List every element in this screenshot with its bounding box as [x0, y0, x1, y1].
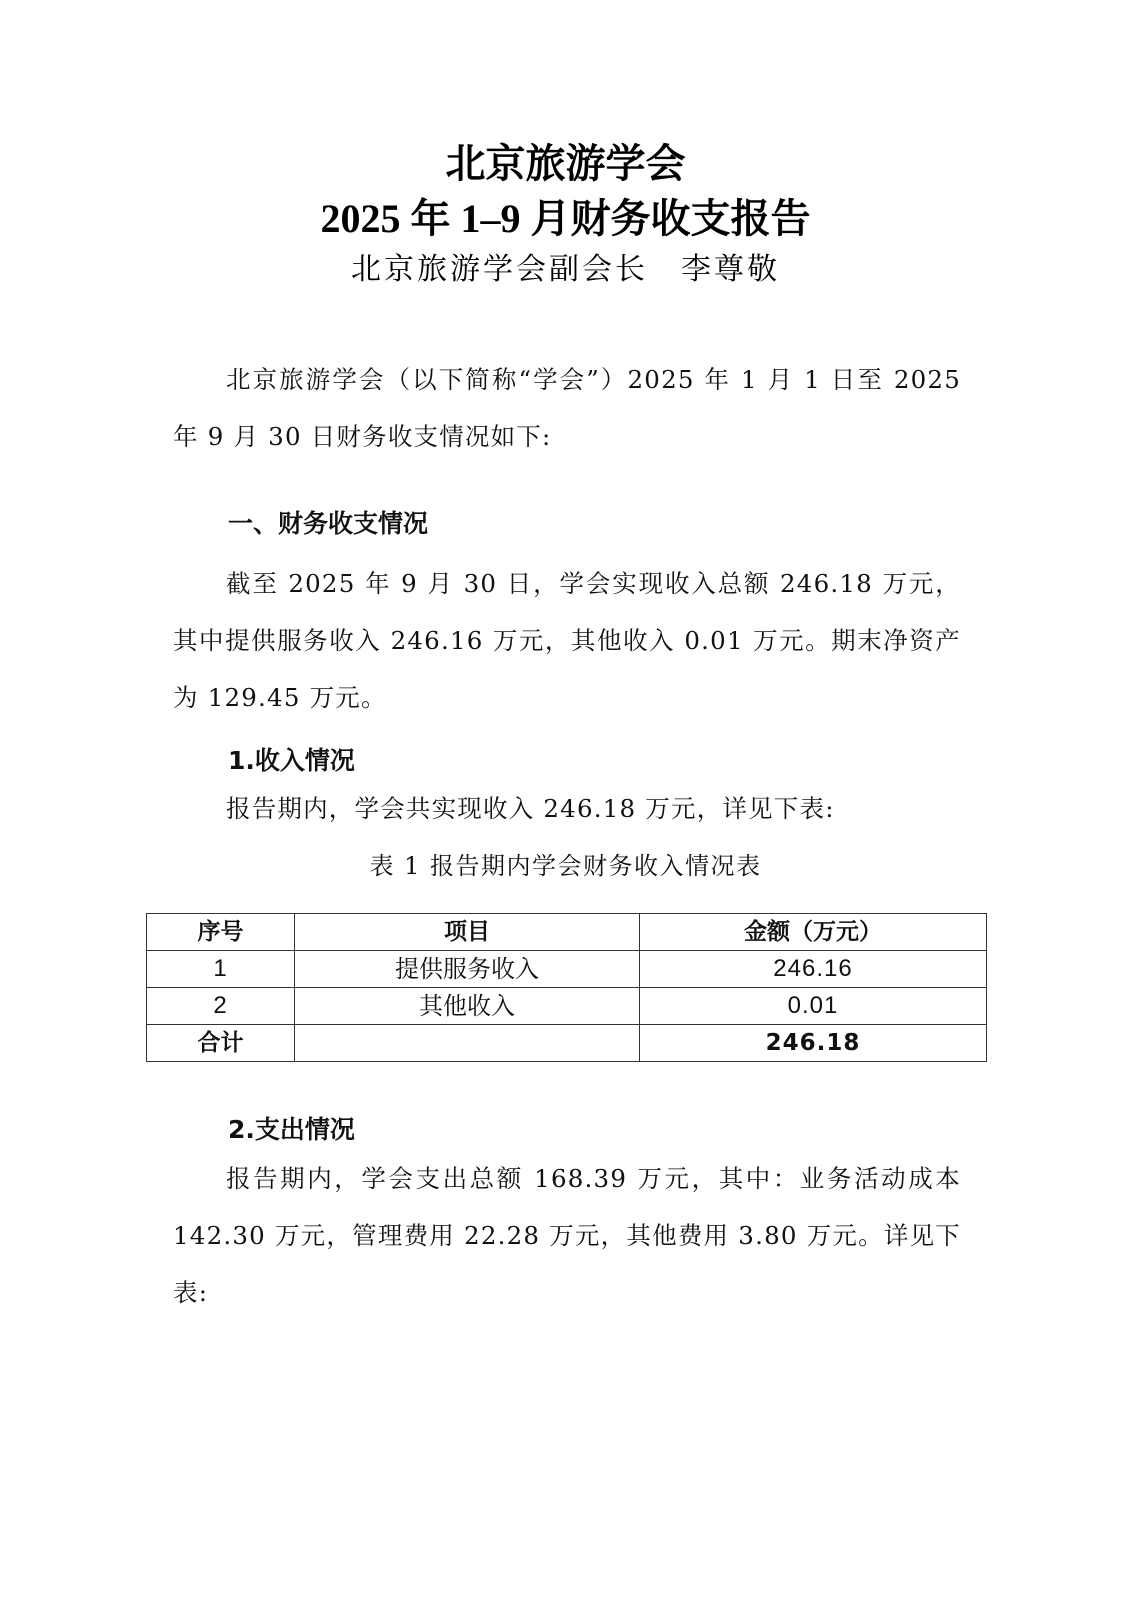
- row-item: 提供服务收入: [295, 951, 640, 988]
- table-total-row: 合计 246.18: [147, 1025, 987, 1062]
- row-index: 2: [147, 988, 295, 1025]
- row-amount: 246.16: [640, 951, 987, 988]
- column-header-item: 项目: [295, 914, 640, 951]
- author-line: 北京旅游学会副会长 李尊敬: [0, 248, 1131, 292]
- intro-paragraph: 北京旅游学会（以下简称“学会”）2025 年 1 月 1 日至 2025 年 9…: [173, 351, 961, 465]
- document-subtitle: 2025 年 1–9 月财务收支报告: [0, 193, 1131, 245]
- table-caption: 表 1 报告期内学会财务收入情况表: [0, 848, 1131, 884]
- total-item: [295, 1025, 640, 1062]
- column-header-amount: 金额（万元）: [640, 914, 987, 951]
- income-paragraph: 报告期内，学会共实现收入 246.18 万元，详见下表:: [173, 780, 961, 837]
- total-amount: 246.18: [640, 1025, 987, 1062]
- row-index: 1: [147, 951, 295, 988]
- section-heading-finance: 一、财务收支情况: [228, 504, 428, 544]
- total-label: 合计: [147, 1025, 295, 1062]
- income-table: 序号 项目 金额（万元） 1 提供服务收入 246.16 2 其他收入 0.01…: [146, 913, 987, 1062]
- table-header-row: 序号 项目 金额（万元）: [147, 914, 987, 951]
- finance-summary-paragraph: 截至 2025 年 9 月 30 日，学会实现收入总额 246.18 万元，其中…: [173, 555, 961, 726]
- document-title: 北京旅游学会: [0, 138, 1131, 190]
- document-page: 北京旅游学会 2025 年 1–9 月财务收支报告 北京旅游学会副会长 李尊敬 …: [0, 0, 1131, 1600]
- table-row: 1 提供服务收入 246.16: [147, 951, 987, 988]
- row-amount: 0.01: [640, 988, 987, 1025]
- table-row: 2 其他收入 0.01: [147, 988, 987, 1025]
- column-header-index: 序号: [147, 914, 295, 951]
- expense-paragraph: 报告期内，学会支出总额 168.39 万元，其中：业务活动成本 142.30 万…: [173, 1150, 961, 1321]
- row-item: 其他收入: [295, 988, 640, 1025]
- expense-heading: 2.支出情况: [228, 1110, 355, 1150]
- income-heading: 1.收入情况: [228, 741, 355, 781]
